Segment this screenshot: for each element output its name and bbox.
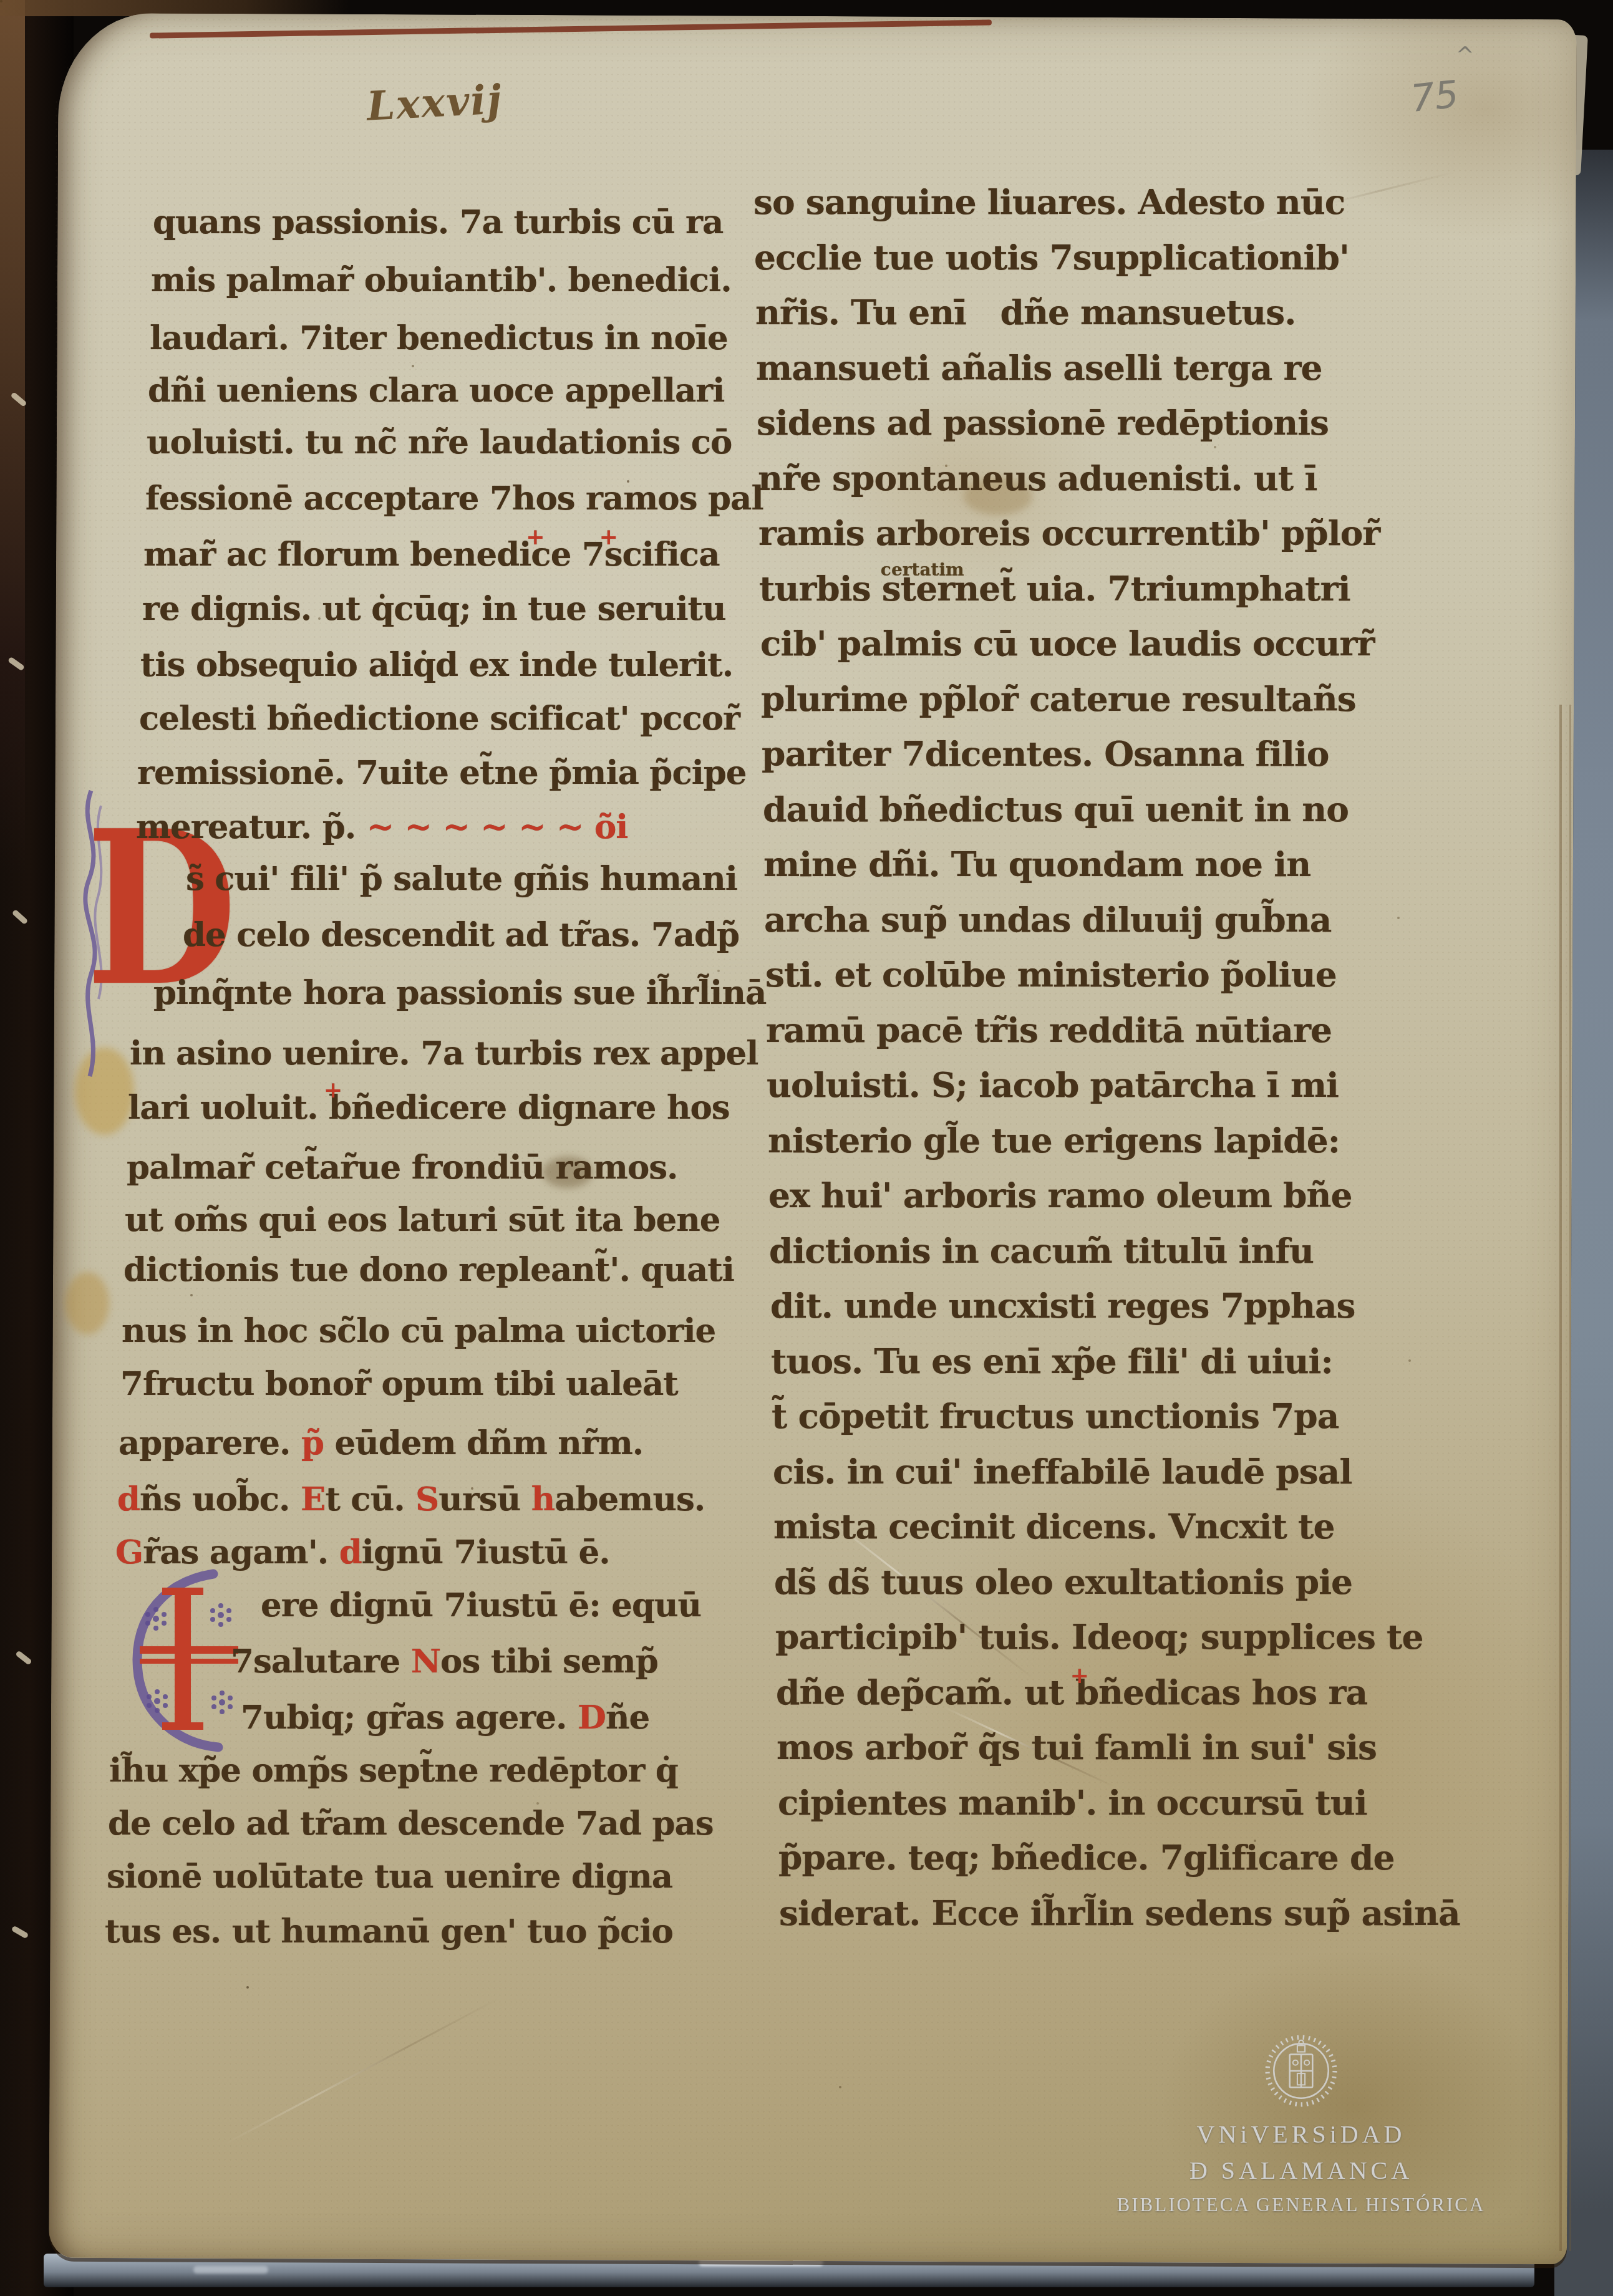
parchment-page (49, 13, 1577, 2265)
folio-number-value: 75 (1409, 72, 1461, 121)
stain (543, 1157, 593, 1188)
stamp-university-text: VNiVERSiDAD (1102, 2116, 1501, 2153)
caret-mark: ^ (1455, 42, 1475, 69)
foxing-specks (0, 0, 2, 2)
quire-mark: Lxxvij (366, 76, 504, 130)
stamp-salamanca-text: Ð SALAMANCA (1102, 2153, 1501, 2189)
binding-leather-sliver (0, 0, 25, 873)
vere-dignum-monogram-icon (120, 1566, 257, 1753)
stain (964, 478, 1032, 515)
initial-letter-d: D (86, 808, 237, 1010)
folio-number: 75 ^ (1409, 72, 1461, 121)
ruling-line (1569, 705, 1571, 2251)
library-stamp: VNiVERSiDAD Ð SALAMANCA BIBLIOTECA GENER… (1102, 2034, 1501, 2221)
manuscript-photo: { "page": { "header_mark": "Lxxvij", "fo… (0, 0, 1613, 2296)
ruling-line (1559, 705, 1562, 2251)
stamp-library-text: BIBLIOTECA GENERAL HISTÓRICA (1102, 2189, 1501, 2221)
stain (65, 1272, 109, 1334)
cradle-glint (193, 2266, 268, 2274)
university-seal-icon (1264, 2034, 1338, 2108)
